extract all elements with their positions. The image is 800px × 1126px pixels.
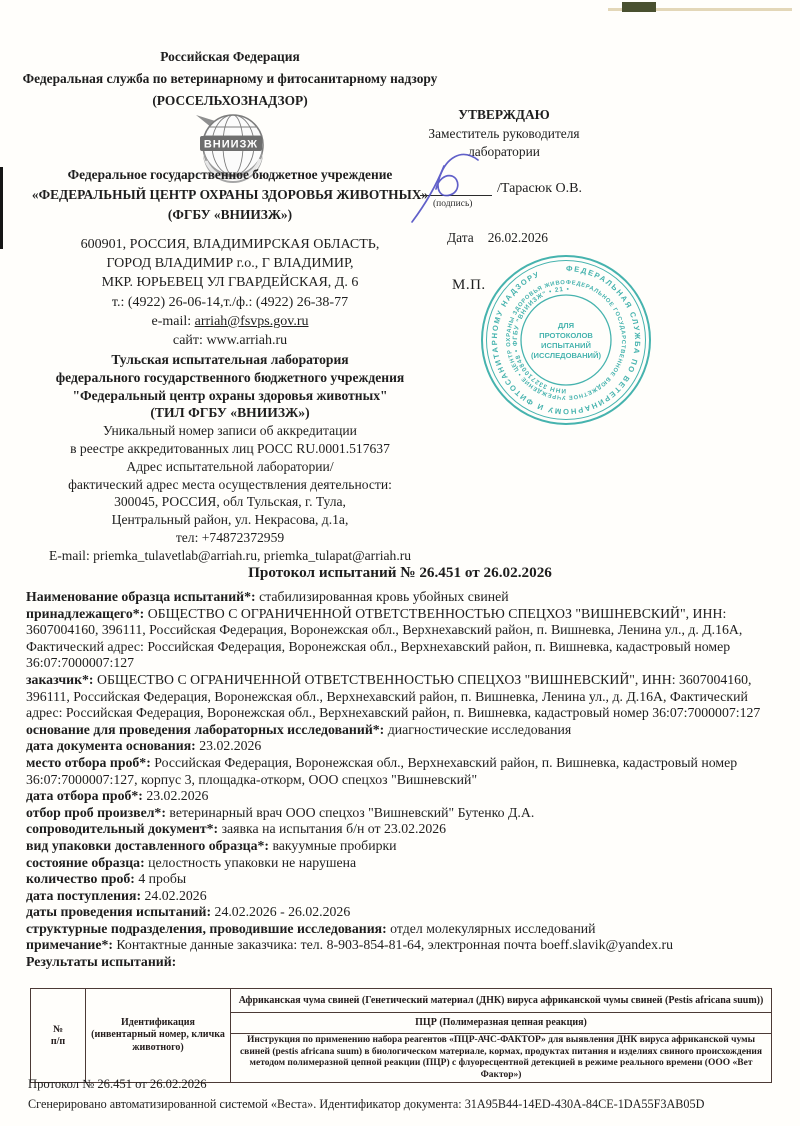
head-office-address: 600901, РОССИЯ, ВЛАДИМИРСКАЯ ОБЛАСТЬ, ГО… [18, 235, 442, 350]
ho-address-2: ГОРОД ВЛАДИМИР г.о., Г ВЛАДИМИР, [18, 254, 442, 273]
stamp-center-line1: ДЛЯ [558, 321, 574, 330]
scanned-protocol-page: Российская Федерация Федеральная служба … [0, 0, 800, 1126]
protocol-field: состояние образца: целостность упаковки … [26, 855, 776, 872]
protocol-field: примечание*: Контактные данные заказчика… [26, 937, 776, 954]
protocol-field: отбор проб произвел*: ветеринарный врач … [26, 805, 776, 822]
approval-date: Дата26.02.2026 [447, 230, 562, 246]
lab-address-intro-2: фактический адрес места осуществления де… [18, 476, 442, 494]
protocol-field: дата документа основания: 23.02.2026 [26, 738, 776, 755]
logo-text: ВНИИЗЖ [204, 139, 258, 151]
ho-phones: т.: (4922) 26-06-14,т./ф.: (4922) 26-38-… [18, 293, 442, 312]
stamp-center-line4: (ИССЛЕДОВАНИЙ) [531, 351, 601, 360]
stamp-center-line2: ПРОТОКОЛОВ [539, 331, 593, 340]
date-label: Дата [447, 230, 474, 245]
org-abbr: (ФГБУ «ВНИИЗЖ») [18, 205, 442, 225]
protocol-body: Наименование образца испытаний*: стабили… [26, 589, 776, 971]
lab-accreditation-2: в реестре аккредитованных лиц РОСС RU.00… [18, 440, 442, 458]
ho-site-label: сайт: [173, 333, 203, 348]
signer-name: /Тарасюк О.В. [497, 181, 582, 197]
table-disease-header: Африканская чума свиней (Генетический ма… [231, 989, 772, 1013]
header-block: Российская Федерация Федеральная служба … [18, 46, 442, 112]
footer-generated-note: Сгенерировано автоматизированной системо… [28, 1097, 704, 1112]
ho-address-3: МКР. ЮРЬЕВЕЦ УЛ ГВАРДЕЙСКАЯ, Д. 6 [18, 273, 442, 292]
lab-address-intro-1: Адрес испытательной лаборатории/ [18, 458, 442, 476]
table-instruction-cell: Инструкция по применению набора реагенто… [231, 1034, 772, 1083]
ho-site-value: www.arriah.ru [206, 333, 287, 348]
signature-scribble [406, 146, 506, 224]
lab-name-1: Тульская испытательная лаборатория [18, 351, 442, 369]
table-col-ident-header: Идентификация (инвентарный номер, кличка… [86, 989, 231, 1083]
date-value: 26.02.2026 [488, 230, 548, 245]
org-name: «ФЕДЕРАЛЬНЫЙ ЦЕНТР ОХРАНЫ ЗДОРОВЬЯ ЖИВОТ… [18, 185, 442, 205]
lab-name-2: федерального государственного бюджетного… [18, 369, 442, 387]
scan-artifact-left-bar [0, 167, 3, 249]
protocol-field: сопроводительный документ*: заявка на ис… [26, 821, 776, 838]
protocol-field: количество проб: 4 пробы [26, 871, 776, 888]
results-table: № п/п Идентификация (инвентарный номер, … [30, 988, 772, 1083]
org-block: Федеральное государственное бюджетное уч… [18, 165, 442, 225]
ho-email-line: e-mail: arriah@fsvps.gov.ru [18, 312, 442, 331]
lab-accreditation-1: Уникальный номер записи об аккредитации [18, 422, 442, 440]
protocol-field: даты проведения испытаний: 24.02.2026 - … [26, 904, 776, 921]
table-method-header: ПЦР (Полимеразная цепная реакция) [231, 1013, 772, 1034]
ho-email-link: arriah@fsvps.gov.ru [195, 314, 309, 329]
protocol-field: место отбора проб*: Российская Федерация… [26, 755, 776, 788]
protocol-field: вид упаковки доставленного образца*: вак… [26, 838, 776, 855]
ho-email-label: e-mail: [151, 314, 191, 329]
protocol-field: дата отбора проб*: 23.02.2026 [26, 788, 776, 805]
header-country: Российская Федерация [18, 46, 442, 68]
lab-address-1: 300045, РОССИЯ, обл Тульская, г. Тула, [18, 493, 442, 511]
results-heading: Результаты испытаний: [26, 954, 776, 971]
protocol-field: Наименование образца испытаний*: стабили… [26, 589, 776, 606]
ho-address-1: 600901, РОССИЯ, ВЛАДИМИРСКАЯ ОБЛАСТЬ, [18, 235, 442, 254]
protocol-field: принадлежащего*: ОБЩЕСТВО С ОГРАНИЧЕННОЙ… [26, 606, 776, 672]
protocol-field: структурные подразделения, проводившие и… [26, 921, 776, 938]
signature-caption: (подпись) [433, 199, 472, 209]
protocol-title: Протокол испытаний № 26.451 от 26.02.202… [0, 564, 800, 582]
lab-round-stamp: ФЕДЕРАЛЬНАЯ СЛУЖБА ПО ВЕТЕРИНАРНОМУ И ФИ… [478, 252, 654, 428]
protocol-field: основание для проведения лабораторных ис… [26, 722, 776, 739]
footer-protocol-ref: Протокол № 26.451 от 26.02.2026 [28, 1077, 207, 1092]
ho-site-line: сайт: www.arriah.ru [18, 331, 442, 350]
stamp-center-line3: ИСПЫТАНИЙ [541, 341, 591, 350]
approve-label: УТВЕРЖДАЮ [420, 106, 588, 125]
lab-phone: тел: +74872372959 [18, 529, 442, 547]
lab-block: Тульская испытательная лаборатория федер… [18, 351, 442, 565]
header-service: Федеральная служба по ветеринарному и фи… [18, 68, 442, 90]
protocol-field: дата поступления: 24.02.2026 [26, 888, 776, 905]
protocol-field: заказчик*: ОБЩЕСТВО С ОГРАНИЧЕННОЙ ОТВЕТ… [26, 672, 776, 722]
lab-emails: E-mail: priemka_tulavetlab@arriah.ru, pr… [18, 547, 442, 565]
approver-position-1: Заместитель руководителя [420, 125, 588, 144]
scan-artifact-top-square [622, 2, 656, 12]
lab-address-2: Центральный район, ул. Некрасова, д.1а, [18, 511, 442, 529]
org-type: Федеральное государственное бюджетное уч… [18, 165, 442, 185]
lab-name-4: (ТИЛ ФГБУ «ВНИИЗЖ») [18, 404, 442, 422]
table-col-num-header: № п/п [31, 989, 86, 1083]
lab-name-3: "Федеральный центр охраны здоровья живот… [18, 387, 442, 405]
